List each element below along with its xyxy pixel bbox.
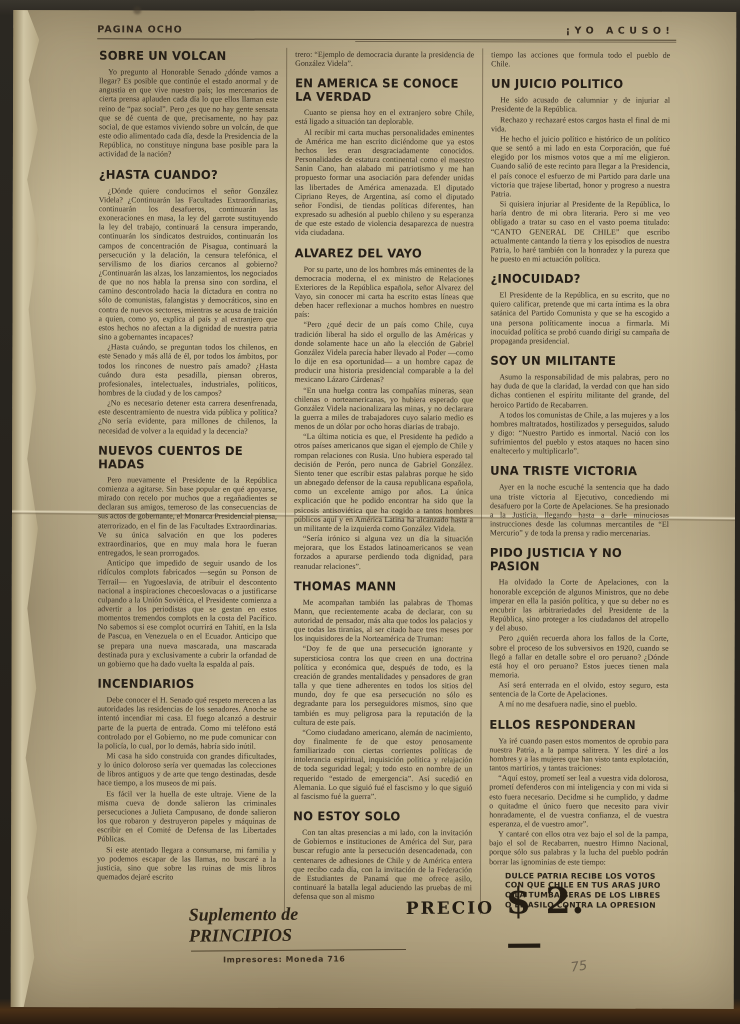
section-heading: UN JUICIO POLITICO [491, 78, 670, 92]
section-heading: ALVAREZ DEL VAYO [295, 246, 474, 260]
body-paragraph: “Como ciudadano americano, alemán de nac… [293, 728, 472, 802]
body-paragraph: “Sería irónico si alguna vez un día la s… [294, 534, 473, 571]
body-paragraph: Es fácil ver la huella de este ultraje. … [97, 789, 276, 844]
body-paragraph: Debe conocer el H. Senado qué respeto me… [97, 695, 276, 750]
supplement-title: Suplemento de PRINCIPIOS [189, 903, 406, 947]
price-value: $ 2.— [506, 880, 616, 965]
section-heading: SOY UN MILITANTE [490, 354, 669, 368]
continued-text-fragment: trero: “Ejemplo de democracia durante la… [295, 50, 474, 69]
body-paragraph: ¿Hasta cuándo, se preguntan todos los ch… [98, 342, 277, 397]
body-paragraph: Así será enterrada en el olvido, estoy s… [490, 680, 669, 699]
columns: SOBRE UN VOLCANYo pregunto al Honorable … [89, 47, 678, 915]
body-paragraph: El Presidente de la República, en su esc… [490, 290, 669, 345]
body-paragraph: Rechazo y rechazaré estos cargos hasta e… [491, 115, 670, 134]
section-heading: EN AMERICA SE CONOCE LA VERDAD [295, 77, 474, 105]
article-title: ¡YO ACUSO! [566, 26, 675, 37]
body-paragraph: A mí no me desafuera nadie, sino el pueb… [489, 700, 668, 710]
section-heading: SOBRE UN VOLCAN [99, 49, 278, 63]
section-heading: INCENDIARIOS [98, 677, 277, 691]
page-content: PAGINA OCHO ¡YO ACUSO! SOBRE UN VOLCANYo… [89, 24, 679, 1001]
imprint-block: Suplemento de PRINCIPIOS Impresores: Mon… [189, 903, 406, 965]
body-paragraph: Pero nuevamente el Presidente de la Repú… [98, 475, 277, 558]
body-paragraph: Anticipo que impedido de seguir usando d… [98, 558, 277, 668]
body-paragraph: “Doy fe de que una persecución ignorante… [293, 644, 472, 727]
body-paragraph: Si quisiera injuriar al Presidente de la… [491, 199, 670, 264]
body-paragraph: Yo pregunto al Honorable Senado ¿dónde v… [99, 67, 278, 159]
paper-smudge [133, 6, 141, 14]
scanned-newspaper-page: { "page": { "header": { "left": "PAGINA … [0, 0, 740, 1024]
price-label: PRECIO [406, 898, 494, 919]
pencil-annotation: 75 [570, 958, 588, 975]
body-paragraph: He sido acusado de calumniar y de injuri… [491, 96, 670, 115]
body-paragraph: Cuanto se piensa hoy en el extranjero so… [295, 108, 474, 127]
printer-address: Impresores: Moneda 716 [223, 954, 406, 964]
section-heading: ELLOS RESPONDERAN [489, 718, 668, 732]
page-number-label: PAGINA OCHO [97, 24, 182, 35]
page-masthead: PAGINA OCHO ¡YO ACUSO! [91, 24, 678, 40]
body-paragraph: He hecho el juicio político e histórico … [491, 134, 670, 199]
newspaper-sheet: PAGINA OCHO ¡YO ACUSO! SOBRE UN VOLCANYo… [11, 10, 737, 1009]
masthead-rule-secondary [355, 41, 676, 43]
body-paragraph: “Aquí estoy, prometí ser leal a vuestra … [489, 774, 668, 829]
body-paragraph: Ha olvidado la Corte de Apelaciones, con… [490, 578, 669, 633]
body-paragraph: Mi casa ha sido construida con grandes d… [97, 751, 276, 788]
body-paragraph: “En una huelga contra las compañías mine… [294, 385, 473, 431]
continued-text-fragment: tiempo las acciones que formula todo el … [491, 50, 670, 69]
body-paragraph: Y cantaré con ellos otra vez bajo el sol… [489, 829, 668, 866]
body-paragraph: Me acompañan también las palabras de Tho… [294, 597, 473, 643]
column-2: trero: “Ejemplo de democracia durante la… [284, 48, 482, 915]
body-paragraph: Al recibir mi carta muchas personalidade… [295, 127, 474, 237]
price-block: PRECIO $ 2.— [406, 880, 617, 965]
body-paragraph: Pero ¿quién recuerda ahora los fallos de… [490, 634, 669, 680]
body-paragraph: A todos los comunistas de Chile, a las m… [490, 410, 669, 456]
column-1: SOBRE UN VOLCANYo pregunto al Honorable … [89, 47, 286, 914]
body-paragraph: ¿No es necesario detener esta carrera de… [98, 398, 277, 435]
body-paragraph: Ayer en la noche escuché la sentencia qu… [490, 483, 669, 538]
body-paragraph: “La última noticia es que, el Presidente… [294, 432, 473, 533]
body-paragraph: ¿Dónde quiere conducirnos el señor Gonzá… [98, 186, 277, 342]
body-paragraph: Por su parte, uno de los hombres más emi… [294, 264, 473, 319]
imprint-rule [191, 949, 406, 952]
section-heading: PIDO JUSTICIA Y NO PASION [490, 547, 669, 575]
section-heading: NUEVOS CUENTOS DE HADAS [98, 444, 277, 472]
body-paragraph: “Pero ¿qué decir de un país como Chile, … [294, 320, 473, 385]
section-heading: ¿HASTA CUANDO? [99, 168, 278, 182]
column-3: tiempo las acciones que formula todo el … [480, 48, 678, 915]
body-paragraph: Si este atentado llegara a consumarse, m… [97, 845, 276, 882]
body-paragraph: Ya iré cuando pasen estos momentos de op… [489, 736, 668, 773]
body-paragraph: Asumo la responsabilidad de mis palabras… [490, 372, 669, 409]
section-heading: THOMAS MANN [294, 579, 473, 593]
section-heading: NO ESTOY SOLO [293, 810, 472, 824]
section-heading: UNA TRISTE VICTORIA [490, 465, 669, 479]
page-footer: Suplemento de PRINCIPIOS Impresores: Mon… [167, 879, 622, 964]
section-heading: ¿INOCUIDAD? [491, 272, 670, 286]
